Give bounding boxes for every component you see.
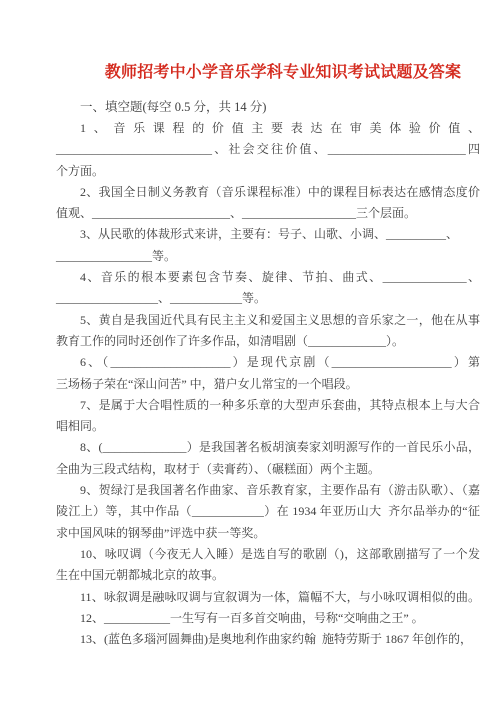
question-line: 教育工作的同时还创作了许多作品，如清唱剧（_____________）。 [56,331,480,352]
question-line: 唱相同。 [56,416,480,437]
question-item-7: 7、是属于大合唱性质的一种多乐章的大型声乐套曲，其特点根本上与大合 唱相同。 [56,395,480,438]
question-line: 11、咏叙调是融咏叹调与宣叙调为一体，篇幅不大，与小咏叹调相似的曲。 [56,587,480,608]
question-line: 8、(______________）是我国著名板胡演奏家刘明源写作的一首民乐小品… [56,437,480,458]
question-line: 生在中国元朝都城北京的故事。 [56,565,480,586]
question-line: 3、从民歌的体裁形式来讲，主要有：号子、山歌、小调、__________、 [56,224,480,245]
question-list: 1、音乐课程的价值主要表达在审美体验价值、 __________________… [56,118,480,650]
question-line: 6、（____________________）是现代京剧（__________… [56,352,480,373]
question-line: 5、黄自是我国近代具有民主主义和爱国主义思想的音乐家之一，他在从事 [56,310,480,331]
question-line: 4、音乐的根本要素包含节奏、旋律、节拍、曲式、______________、 [56,267,480,288]
question-item-4: 4、音乐的根本要素包含节奏、旋律、节拍、曲式、______________、 _… [56,267,480,310]
question-line: 12、___________一生写有一百多首交响曲，号称“交响曲之王” 。 [56,608,480,629]
question-item-12: 12、___________一生写有一百多首交响曲，号称“交响曲之王” 。 [56,608,480,629]
document-title: 教师招考中小学音乐学科专业知识考试试题及答案 [56,63,480,83]
question-item-8: 8、(______________）是我国著名板胡演奏家刘明源写作的一首民乐小品… [56,437,480,480]
question-line: 13、(蓝色多瑙河圆舞曲)是奥地利作曲家约翰 施特劳斯于 1867 年创作的， [56,629,480,650]
question-item-5: 5、黄自是我国近代具有民主主义和爱国主义思想的音乐家之一，他在从事 教育工作的同… [56,310,480,353]
document-content: 教师招考中小学音乐学科专业知识考试试题及答案 一、填空题(每空 0.5 分，共 … [56,63,480,650]
question-line: 三场杨子荣在“深山问苦” 中，猎户女儿常宝的一个唱段。 [56,374,480,395]
question-item-3: 3、从民歌的体裁形式来讲，主要有：号子、山歌、小调、__________、 __… [56,224,480,267]
question-line: ________________等。 [56,246,480,267]
section-heading: 一、填空题(每空 0.5 分，共 14 分) [56,96,480,118]
question-line: __________________________、社会交往价值、______… [56,139,480,160]
question-line: 个方面。 [56,161,480,182]
question-line: 陵江上）等，其中作品（____________）在 1934 年亚历山大 齐尔品… [56,501,480,522]
question-line: 全曲为三段式结构，取材于（卖膏药）、（碾糕面）两个主题。 [56,459,480,480]
question-line: 值观、_______________________、_____________… [56,203,480,224]
question-line: 7、是属于大合唱性质的一种多乐章的大型声乐套曲，其特点根本上与大合 [56,395,480,416]
page: 教师招考中小学音乐学科专业知识考试试题及答案 一、填空题(每空 0.5 分，共 … [0,0,500,707]
question-line: _________________、____________等。 [56,288,480,309]
question-item-13: 13、(蓝色多瑙河圆舞曲)是奥地利作曲家约翰 施特劳斯于 1867 年创作的， [56,629,480,650]
question-item-2: 2、我国全日制义务教育（音乐课程标准）中的课程目标表达在感情态度价 值观、___… [56,182,480,225]
question-line: 10、咏叹调（今夜无人入睡）是选自写的歌剧（)，这部歌剧描写了一个发 [56,544,480,565]
question-item-9: 9、贺绿汀是我国著名作曲家、音乐教育家，主要作品有（游击队歌）、（嘉 陵江上）等… [56,480,480,544]
question-item-10: 10、咏叹调（今夜无人入睡）是选自写的歌剧（)，这部歌剧描写了一个发 生在中国元… [56,544,480,587]
question-item-6: 6、（____________________）是现代京剧（__________… [56,352,480,395]
question-item-1: 1、音乐课程的价值主要表达在审美体验价值、 __________________… [56,118,480,182]
question-line: 9、贺绿汀是我国著名作曲家、音乐教育家，主要作品有（游击队歌）、（嘉 [56,480,480,501]
question-line: 2、我国全日制义务教育（音乐课程标准）中的课程目标表达在感情态度价 [56,182,480,203]
question-line: 1、音乐课程的价值主要表达在审美体验价值、 [56,118,480,139]
question-line: 求中国风味的钢琴曲”评选中获一等奖。 [56,523,480,544]
question-item-11: 11、咏叙调是融咏叹调与宣叙调为一体，篇幅不大，与小咏叹调相似的曲。 [56,587,480,608]
